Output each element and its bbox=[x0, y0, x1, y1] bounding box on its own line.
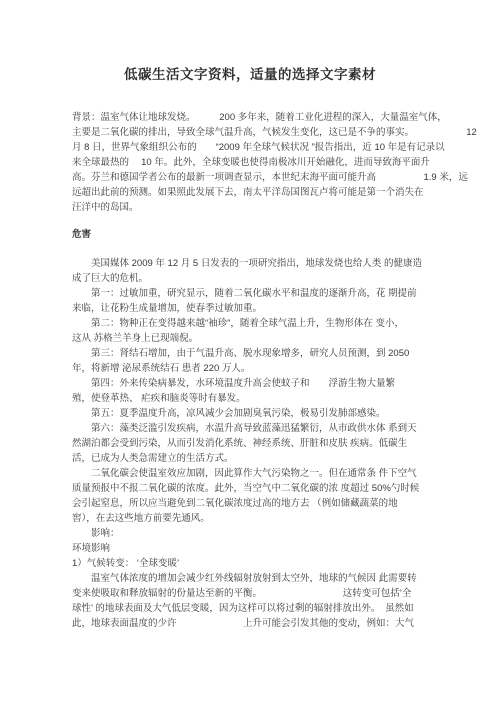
document-page: 低碳生活文字资料，适量的选择文字素材 背景：温室气体让地球发烧。 200 多年来… bbox=[0, 0, 500, 708]
text-line: 来临，让花粉生成量增加，使春季过敏加重。 bbox=[72, 301, 444, 316]
text-line: 环境影响 bbox=[72, 541, 444, 556]
text-line: 主要是二氧化碳的排出，导致全球气温升高，气候发生变化，这已是不争的事实。 12 bbox=[72, 125, 444, 140]
text-line: 温室气体浓度的增加会减少红外线辐射放射到太空外，地球的气候因 此需要转 bbox=[72, 571, 444, 586]
text-line: 第五：夏季温度升高，凉风减少会加剧臭氧污染，极易引发肺部感染。 bbox=[72, 406, 444, 421]
text-line: 活，已成为人类急需建立的生活方式。 bbox=[72, 451, 444, 466]
text-line: 质量预报中不报二氧化碳的浓度。此外，当空气中二氧化碳的浓 度超过 50%勺时候 bbox=[72, 481, 444, 496]
text-line: 高。芬兰和德国学者公布的最新一项调查显示，本世纪末海平面可能升高 1.9 米，远 bbox=[72, 170, 444, 185]
text-line: 背景：温室气体让地球发烧。 200 多年来，随着工业化进程的深入，大量温室气体， bbox=[72, 110, 444, 125]
text-line: 此，地球表面温度的少许 上升可能会引发其他的变动，例如：大气 bbox=[72, 616, 444, 631]
hazard-heading: 危害 bbox=[72, 226, 91, 240]
document-title: 低碳生活文字资料，适量的选择文字素材 bbox=[0, 63, 500, 83]
text-line: 二氧化碳会使温室效应加剧，因此算作大气污染物之一。但在通常条 件下空气 bbox=[72, 466, 444, 481]
text-line: 1）气候转变： ‘全球变暖’ bbox=[72, 556, 444, 571]
text-line: 月 8 日，世界气象组织公布的 “2009 年全球气候状况 ”报告指出，近 10… bbox=[72, 140, 444, 155]
body-paragraph: 美国媒体 2009 年 12 月 5 日发表的一项研究指出，地球发烧也给人类 的… bbox=[72, 256, 444, 631]
text-line: 来全球最热的 10 年。此外，全球变暖也使得南极冰川开始融化，进而导致海平面升 bbox=[72, 155, 444, 170]
text-line: 年，将新增 泌尿系统结石 患者 220 万人。 bbox=[72, 361, 444, 376]
text-line: 球性’ 的地球表面及大气低层变暖，因为这样可以将过剩的辐射排放出外。 虽然如 bbox=[72, 601, 444, 616]
text-line: 会引起窒息，所以应当避免到二氧化碳浓度过高的地方去 （例如储藏蔬菜的地 bbox=[72, 496, 444, 511]
text-line: 第四：外来传染病暴发，水环境温度升高会使蚊子和 浮游生物大量繁 bbox=[72, 376, 444, 391]
text-line: 殖，使登革热、 疟疾和脑炎等时有暴发。 bbox=[72, 391, 444, 406]
text-line: 汪洋中的岛国。 bbox=[72, 200, 444, 215]
background-paragraph: 背景：温室气体让地球发烧。 200 多年来，随着工业化进程的深入，大量温室气体，… bbox=[72, 110, 444, 215]
text-line: 成了巨大的危机。 bbox=[72, 271, 444, 286]
text-line: 第二：物种正在变得越来越“袖珍”，随着全球气温上升，生物形体在 变小， bbox=[72, 316, 444, 331]
text-line: 远超出此前的预测。如果照此发展下去，南太平洋岛国图瓦卢将可能是第一个消失在 bbox=[72, 185, 444, 200]
text-line: 然湖泊都会受到污染，从而引发消化系统、神经系统、肝脏和皮肤 疾病。低碳生 bbox=[72, 436, 444, 451]
text-line: 窖），在去这些地方前要先通风。 bbox=[72, 511, 444, 526]
text-line: 影响： bbox=[72, 526, 444, 541]
text-line: 这从 苏格兰羊身上已现端倪。 bbox=[72, 331, 444, 346]
text-line: 变来使吸取和释放辐射的份量达至新的平衡。 这转变可包括’全 bbox=[72, 586, 444, 601]
text-line: 第六：藻类泛滥引发疾病，水温升高导致蓝藻迅猛繁衍，从市政供水体 系到天 bbox=[72, 421, 444, 436]
text-line: 美国媒体 2009 年 12 月 5 日发表的一项研究指出，地球发烧也给人类 的… bbox=[72, 256, 444, 271]
text-line: 第三：肾结石增加，由于气温升高、脱水现象增多，研究人员预测，到 2050 bbox=[72, 346, 444, 361]
text-line: 第一：过敏加重，研究显示，随着二氧化碳水平和温度的逐渐升高，花 期提前 bbox=[72, 286, 444, 301]
